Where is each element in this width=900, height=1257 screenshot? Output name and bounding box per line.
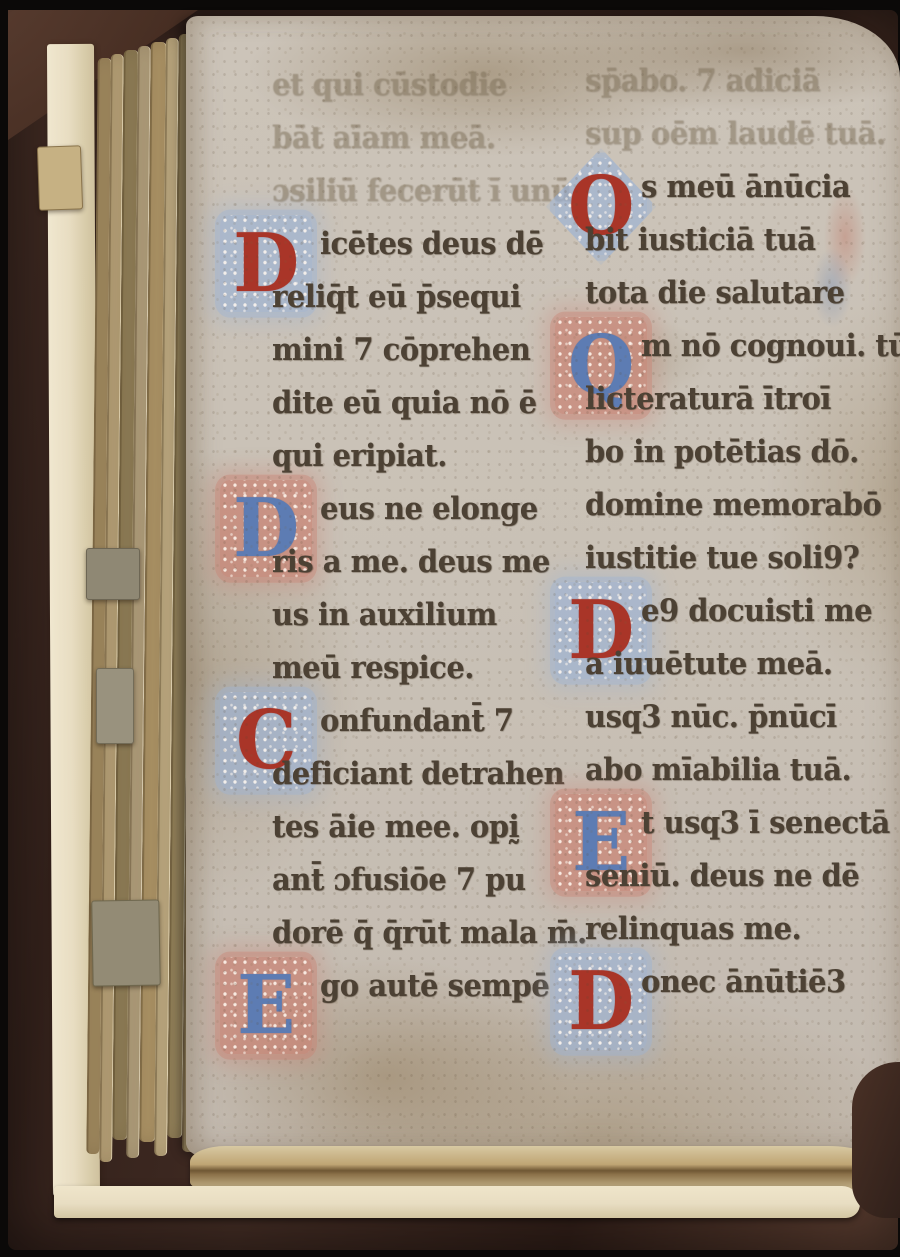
text-line: bo in potētias dō. bbox=[585, 425, 885, 478]
psalm-verse-section: Et usq3 ī senectā 7seniū. deus ne dēreli… bbox=[585, 796, 885, 955]
text-line: abo mīabilia tuā. bbox=[585, 743, 885, 796]
text-line: go autē sempē bbox=[272, 959, 534, 1012]
faded-text-line: ɔsiliū fecerūt ī unū. bbox=[272, 164, 534, 217]
faded-text-line: bāt aīam meā. bbox=[272, 111, 534, 164]
bookmark-tab bbox=[96, 668, 134, 744]
text-line: bit iusticiā tuā bbox=[585, 213, 885, 266]
psalm-verse-section: Deus ne elongeris a me. deus meus in aux… bbox=[272, 482, 534, 694]
psalm-verse-section: Dicētes deus dēreliq̄t eū p̄sequimini 7 … bbox=[272, 217, 534, 482]
text-line: qui eripiat. bbox=[272, 429, 534, 482]
text-line: deficiant detrahen bbox=[272, 747, 534, 800]
psalm-verse-section: Donec ānūtiē3 bbox=[585, 955, 885, 1008]
cover-corner-bottom-right bbox=[852, 1062, 900, 1218]
text-column-right: sp̄abo. 7 adiciāsup oēm laudē tuā.Os meū… bbox=[585, 54, 885, 1008]
text-line: tota die salutare bbox=[585, 266, 885, 319]
text-line: ris a me. deus me bbox=[272, 535, 534, 588]
text-line: tes āie mee. opḭ bbox=[272, 800, 534, 853]
faded-text-line: sup oēm laudē tuā. bbox=[585, 107, 885, 160]
text-line: dite eū quia nō ē bbox=[272, 376, 534, 429]
faded-text-line: sp̄abo. 7 adiciā bbox=[585, 54, 885, 107]
text-line: a iuuētute meā. bbox=[585, 637, 885, 690]
text-line: iustitie tue soli9? bbox=[585, 531, 885, 584]
text-line: e9 docuisti me bbox=[585, 584, 885, 637]
text-line: onfundant̄ 7 bbox=[272, 694, 534, 747]
text-line: t usq3 ī senectā 7 bbox=[585, 796, 885, 849]
text-line: s meū ānūcia bbox=[585, 160, 885, 213]
manuscript-photo: et qui cūstodiebāt aīam meā.ɔsiliū fecer… bbox=[0, 0, 900, 1257]
text-line: reliq̄t eū p̄sequi bbox=[272, 270, 534, 323]
text-line: meū respice. bbox=[272, 641, 534, 694]
psalm-verse-section: Confundant̄ 7deficiant detrahentes āie m… bbox=[272, 694, 534, 959]
text-column-left: et qui cūstodiebāt aīam meā.ɔsiliū fecer… bbox=[272, 58, 534, 1012]
flyleaf-edge-bottom bbox=[54, 1186, 860, 1218]
manuscript-page: et qui cūstodiebāt aīam meā.ɔsiliū fecer… bbox=[186, 16, 900, 1156]
text-line: mini 7 cōprehen bbox=[272, 323, 534, 376]
bookmark-tab bbox=[37, 145, 83, 210]
psalm-verse-section: De9 docuisti mea iuuētute meā.usq3 nūc. … bbox=[585, 584, 885, 796]
text-line: eus ne elonge bbox=[272, 482, 534, 535]
text-line: icētes deus dē bbox=[272, 217, 534, 270]
text-line: usq3 nūc. p̄nūcī bbox=[585, 690, 885, 743]
page-bottom-edge bbox=[190, 1146, 882, 1190]
faded-text-line: et qui cūstodie bbox=[272, 58, 534, 111]
text-line: relinquas me. bbox=[585, 902, 885, 955]
text-line: seniū. deus ne dē bbox=[585, 849, 885, 902]
text-line: dorē q̄ q̄rūt mala m̄. bbox=[272, 906, 534, 959]
text-line: m nō cognoui. tū. bbox=[585, 319, 885, 372]
text-line: us in auxilium bbox=[272, 588, 534, 641]
psalm-verse-section: Os meū ānūciabit iusticiā tuātota die sa… bbox=[585, 160, 885, 319]
text-line: ant̄ ɔfusiōe 7 pu bbox=[272, 853, 534, 906]
bookmark-tab bbox=[91, 899, 160, 986]
text-line: onec ānūtiē3 bbox=[585, 955, 885, 1008]
bookmark-tab bbox=[86, 548, 140, 600]
text-line: domine memorabō bbox=[585, 478, 885, 531]
text-line: licteraturā ītroī bbox=[585, 372, 885, 425]
psalm-verse-section: Ego autē sempē bbox=[272, 959, 534, 1012]
psalm-verse-section: Qm nō cognoui. tū.licteraturā ītroībo in… bbox=[585, 319, 885, 584]
